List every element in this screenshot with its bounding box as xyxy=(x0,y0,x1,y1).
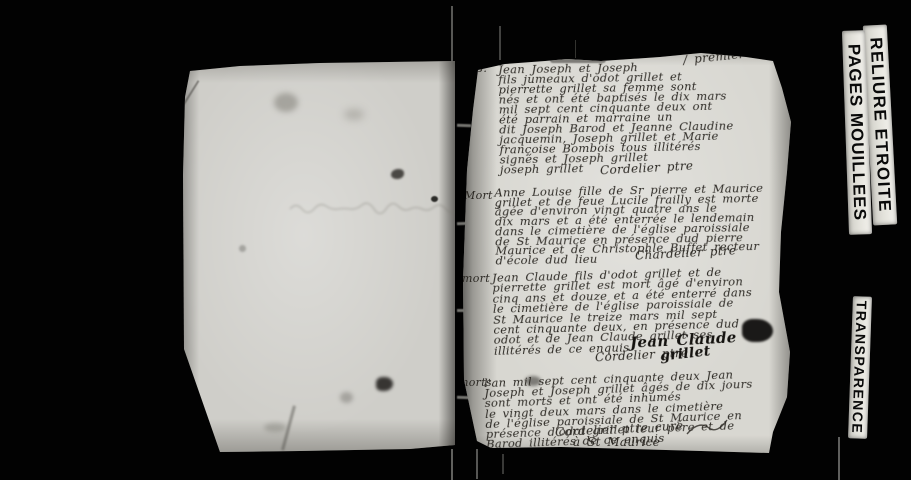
ink-blot xyxy=(376,377,393,391)
archival-scan: / premier B. Mort mort morts Jean Joseph… xyxy=(0,0,911,480)
margin-note-death: Mort xyxy=(464,189,493,202)
water-stain xyxy=(274,93,298,112)
ink-blot xyxy=(391,169,404,179)
binding-stitch xyxy=(457,124,471,127)
signature-flourish xyxy=(683,418,731,440)
right-page: / premier B. Mort mort morts Jean Joseph… xyxy=(455,40,800,465)
smudge-stain xyxy=(264,423,286,432)
faint-spot xyxy=(340,392,353,403)
archive-label-transparence: TRANSPARENCE xyxy=(848,296,872,439)
left-page xyxy=(180,55,455,455)
page-edge-streak xyxy=(838,437,840,480)
page-edge-streak xyxy=(499,26,501,60)
archive-label-text: TRANSPARENCE xyxy=(850,300,871,434)
record-closing-place: à St Maurice xyxy=(573,435,660,449)
page-edge-streak xyxy=(451,6,453,62)
page-edge-streak xyxy=(502,454,504,474)
smudge-stain xyxy=(344,109,364,120)
page-edge-streak xyxy=(575,40,576,58)
page-edge-streak xyxy=(451,449,453,480)
margin-note-death: mort xyxy=(462,272,490,285)
faint-spot xyxy=(239,245,246,252)
ink-streak xyxy=(281,405,296,450)
margin-note-baptism: B. xyxy=(475,62,487,75)
archive-label-text: PAGES MOUILLEES xyxy=(844,44,870,222)
page-edge-streak xyxy=(476,449,478,479)
register-record: Jean Joseph et Josephfils jumeaux d'odot… xyxy=(498,59,790,174)
page-shading xyxy=(180,55,455,455)
corner-fold-crease xyxy=(179,80,200,112)
